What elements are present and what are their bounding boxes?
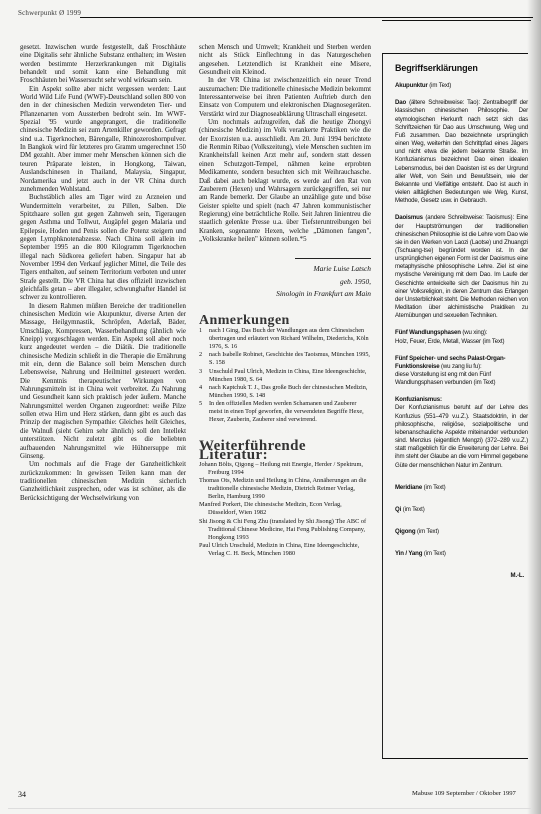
notes-heading: Anmerkungen <box>199 317 371 325</box>
note-text: In den offiziellen Medien werden Schaman… <box>209 400 371 424</box>
glossary-entry: Daoismus (andere Schreibweise: Taoismus)… <box>395 214 528 320</box>
literature-item: Johann Bölts, Qigong – Heilung mit Energ… <box>199 461 371 477</box>
glossary-term: Fünf Wandlungsphasen <box>395 329 461 336</box>
glossary-sidebar: Begriffserklärungen Akupunktur (im Text)… <box>382 53 528 759</box>
literature-heading: Weiterführende Literatur: <box>199 442 371 459</box>
author-name: Marie Luise Latsch <box>199 263 371 276</box>
literature-item: Paul Ulrich Unschuld, Medizin in China, … <box>199 542 371 558</box>
note-item: 4nach Kaptchuk T. J., Das große Buch der… <box>199 384 371 400</box>
sidebar-top-rule <box>382 20 531 21</box>
author-signature: Marie Luise Latsch geb. 1950, Sinologin … <box>199 263 371 301</box>
glossary-term: Yin / Yang <box>395 550 422 557</box>
header-rule <box>80 17 533 18</box>
glossary-title: Begriffserklärungen <box>395 64 528 72</box>
article-column-2: schen Mensch und Umwelt; Krankheit und S… <box>199 44 371 558</box>
signature-rule <box>295 258 371 259</box>
bottom-edge <box>8 808 531 809</box>
glossary-definition: Der Konfuzianismus beruht auf der Lehre … <box>395 404 528 468</box>
author-born: geb. 1950, <box>199 276 371 289</box>
glossary-entry: Fünf Wandlungsphasen (wu xing): Holz, Fe… <box>395 329 528 345</box>
issue-line: Mabuse 109 September / Oktober 1997 <box>412 790 516 797</box>
glossary-signoff: M.-L. <box>395 572 528 580</box>
glossary-note: (wu xing): <box>462 329 487 336</box>
glossary-note: (im Text) <box>417 528 439 535</box>
running-head: Schwerpunkt Ø 1999 <box>18 9 81 17</box>
glossary-term: Daoismus <box>395 214 423 221</box>
glossary-entry: Meridiane (im Text) <box>395 484 528 492</box>
paragraph: schen Mensch und Umwelt; Krankheit und S… <box>199 44 371 77</box>
glossary-note: (im Text) <box>403 506 425 513</box>
glossary-term: Meridiane <box>395 484 422 491</box>
note-number: 2 <box>199 351 209 367</box>
glossary-note: (im Text) <box>424 550 446 557</box>
note-text: nach I Ging, Das Buch der Wandlungen aus… <box>209 327 371 351</box>
glossary-entry: Qi (im Text) <box>395 506 528 514</box>
glossary-note: (im Text) <box>424 484 446 491</box>
paragraph: Buchstäblich alles am Tiger wird zu Arzn… <box>20 194 186 302</box>
note-item: 1nach I Ging, Das Buch der Wandlungen au… <box>199 327 371 351</box>
glossary-entry: Yin / Yang (im Text) <box>395 550 528 558</box>
paragraph: In der VR China ist zwischenzeitlich ein… <box>199 77 371 119</box>
note-text: nach Kaptchuk T. J., Das große Buch der … <box>209 384 371 400</box>
glossary-definition: (andere Schreibweise: Taoismus): Eine de… <box>395 214 528 319</box>
paragraph: Um nochmals aufzugreifen, daß die heutig… <box>199 119 371 244</box>
page-number: 34 <box>18 790 26 799</box>
glossary-entry: Fünf Speicher- und sechs Palast-Organ-Fu… <box>395 355 528 388</box>
note-item: 2nach Isabelle Robinet, Geschichte des T… <box>199 351 371 367</box>
glossary-entry: Akupunktur (im Text) <box>395 82 528 90</box>
literature-item: Manfred Porkert, Die chinesische Medizin… <box>199 501 371 517</box>
glossary-entry: Konfuzianismus: Der Konfuzianismus beruh… <box>395 396 528 469</box>
note-text: nach Isabelle Robinet, Geschichte des Ta… <box>209 351 371 367</box>
paragraph: Um nochmals auf die Frage der Ganzheitli… <box>20 461 186 503</box>
article-column-1: gesetzt. Inzwischen wurde festgestellt, … <box>20 44 186 503</box>
glossary-entry: Qigong (im Text) <box>395 528 528 536</box>
glossary-note: (im Text) <box>429 82 451 89</box>
paragraph: Ein Aspekt sollte aber nicht vergessen w… <box>20 86 186 194</box>
glossary-definition: (ältere Schreibweise: Tao): Zentralbegri… <box>395 99 528 204</box>
glossary-term: Qigong <box>395 528 415 535</box>
literature-item: Thomas Ots, Medizin und Heilung in China… <box>199 477 371 501</box>
author-role: Sinologin in Frankfurt am Main <box>199 288 371 301</box>
note-number: 4 <box>199 384 209 400</box>
note-number: 1 <box>199 327 209 351</box>
paragraph: gesetzt. Inzwischen wurde festgestellt, … <box>20 44 186 86</box>
glossary-term: Dao <box>395 99 406 106</box>
glossary-term: Akupunktur <box>395 82 428 89</box>
glossary-definition: diese Vorstellung ist eng mit den Fünf W… <box>395 371 495 386</box>
glossary-term: Qi <box>395 506 401 513</box>
literature-list: Johann Bölts, Qigong – Heilung mit Energ… <box>199 461 371 558</box>
page-edge-shadow <box>527 0 541 814</box>
glossary-entry: Dao (ältere Schreibweise: Tao): Zentralb… <box>395 99 528 205</box>
glossary-definition: Holz, Feuer, Erde, Metall, Wasser (im Te… <box>395 338 504 345</box>
note-item: 5In den offiziellen Medien werden Schama… <box>199 400 371 424</box>
notes-list: 1nach I Ging, Das Buch der Wandlungen au… <box>199 327 371 424</box>
literature-item: Shi Jisong & Chi Feng Zhu (translated by… <box>199 518 371 542</box>
note-text: Unschuld Paul Ulrich, Medizin in China, … <box>209 368 371 384</box>
note-number: 3 <box>199 368 209 384</box>
note-item: 3Unschuld Paul Ulrich, Medizin in China,… <box>199 368 371 384</box>
glossary-term: Konfuzianismus: <box>395 396 442 403</box>
glossary-note: (wu zang liu fu): <box>441 363 481 370</box>
paragraph: In diesem Rahmen müßten Bereiche der tra… <box>20 303 186 462</box>
note-number: 5 <box>199 400 209 424</box>
